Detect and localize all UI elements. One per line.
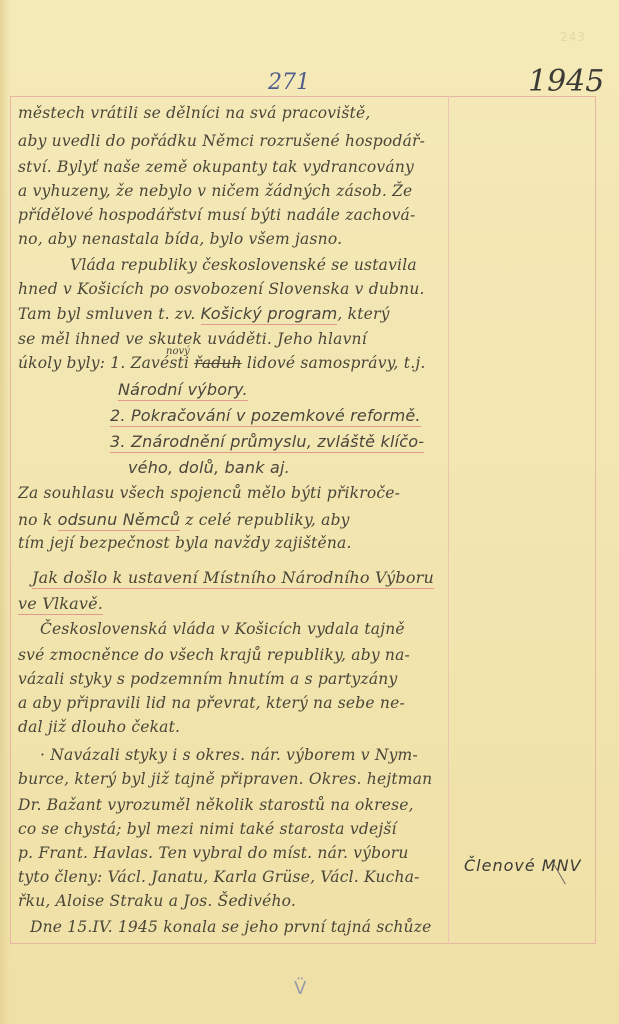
text-line: hned v Košicích po osvobození Slovenska … bbox=[18, 280, 425, 298]
text-line: Tam byl smluven t. zv. Košický program, … bbox=[18, 304, 390, 323]
kosice-program-highlight: Košický program bbox=[201, 304, 338, 325]
text-fragment: úkoly byly: 1. Zavésti bbox=[18, 354, 189, 372]
text-line: úkoly byly: 1. Zavésti řaduh lidové samo… bbox=[18, 354, 426, 372]
text-line: Československá vláda v Košicích vydala t… bbox=[40, 620, 405, 638]
list-item: 3. Znárodnění průmyslu, zvláště klíčo- bbox=[110, 432, 424, 453]
text-line: své zmocněnce do všech krajů republiky, … bbox=[18, 646, 410, 664]
text-line: Vláda republiky československé se ustavi… bbox=[70, 256, 417, 274]
text-line: řku, Aloise Straku a Jos. Šedivého. bbox=[18, 892, 296, 910]
section-heading-line-2: ve Vlkavě. bbox=[18, 594, 103, 615]
text-line: no, aby nenastala bída, bylo všem jasno. bbox=[18, 230, 342, 248]
section-heading-line-1: Jak došlo k ustavení Místního Národního … bbox=[32, 568, 434, 589]
text-fragment: lidové samosprávy, t.j. bbox=[247, 354, 426, 372]
text-line: přídělové hospodářství musí býti nadále … bbox=[18, 206, 415, 224]
text-line: burce, který byl již tajně připraven. Ok… bbox=[18, 770, 432, 788]
text-line: Za souhlasu všech spojenců mělo býti při… bbox=[18, 484, 400, 502]
page-number: 271 bbox=[268, 70, 310, 95]
text-line: aby uvedli do pořádku Němci rozrušené ho… bbox=[18, 132, 425, 150]
list-item: 2. Pokračování v pozemkové reformě. bbox=[110, 406, 421, 427]
text-line: tím její bezpečnost byla navždy zajištěn… bbox=[18, 534, 352, 552]
text-fragment: Tam byl smluven t. zv. bbox=[18, 305, 196, 323]
list-item: Národní výbory. bbox=[118, 380, 248, 401]
text-fragment: z celé republiky, aby bbox=[185, 511, 349, 529]
text-line: dal již dlouho čekat. bbox=[18, 718, 180, 736]
list-item-continuation: vého, dolů, bank aj. bbox=[128, 458, 290, 477]
text-line: a aby připravili lid na převrat, který n… bbox=[18, 694, 405, 712]
text-line: městech vrátili se dělníci na svá pracov… bbox=[18, 104, 370, 122]
text-fragment: no k bbox=[18, 511, 52, 529]
section-heading-continued: ve Vlkavě. bbox=[18, 594, 103, 613]
text-line: Dne 15.IV. 1945 konala se jeho první taj… bbox=[30, 918, 431, 936]
text-line: Dr. Bažant vyrozuměl několik starostů na… bbox=[18, 796, 414, 814]
text-line: ství. Bylyť naše země okupanty tak vydra… bbox=[18, 158, 414, 176]
margin-rule bbox=[448, 96, 449, 944]
odsun-highlight: odsunu Němců bbox=[58, 510, 181, 531]
text-line: p. Frant. Havlas. Ten vybral do míst. ná… bbox=[18, 844, 409, 862]
faint-folio-number: 243 bbox=[560, 30, 586, 44]
inserted-word: nový bbox=[166, 346, 190, 357]
text-fragment: , který bbox=[337, 305, 389, 323]
text-line: a vyhuzeny, že nebylo v ničem žádných zá… bbox=[18, 182, 412, 200]
text-line: no k odsunu Němců z celé republiky, aby bbox=[18, 510, 350, 529]
year-heading: 1945 bbox=[528, 64, 604, 99]
text-line: se měl ihned ve skutek uváděti. Jeho hla… bbox=[18, 330, 367, 348]
text-line: · Navázali styky i s okres. nár. výborem… bbox=[40, 746, 418, 764]
text-line: tyto členy: Václ. Janatu, Karla Grüse, V… bbox=[18, 868, 420, 886]
ink-mark: V̈ bbox=[294, 978, 306, 999]
text-line: vázali styky s podzemním hnutím a s part… bbox=[18, 670, 397, 688]
binding-shadow bbox=[0, 0, 10, 1024]
struck-word: řaduh bbox=[194, 354, 242, 372]
section-heading: Jak došlo k ustavení Místního Národního … bbox=[32, 568, 434, 587]
text-line: co se chystá; byl mezi nimi také starost… bbox=[18, 820, 397, 838]
